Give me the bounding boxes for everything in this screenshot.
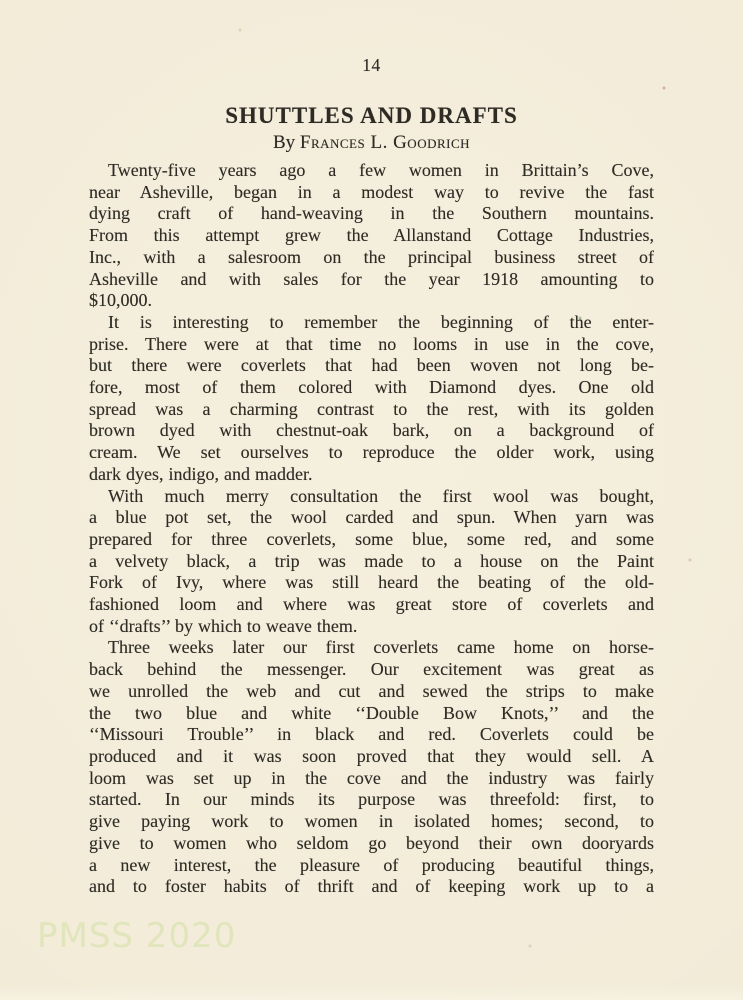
article-body: Twenty-five years ago a few women in Bri… [89,160,654,898]
text-line: of ‘‘drafts’’ by which to weave them. [89,616,654,638]
text-line: fashioned loom and where was great store… [89,594,654,616]
text-line: loom was set up in the cove and the indu… [89,768,654,790]
text-line: near Asheville, began in a modest way to… [89,182,654,204]
paragraph-2: It is interesting to remember the beginn… [89,312,654,486]
text-line: spread was a charming contrast to the re… [89,399,654,421]
text-line: a velvety black, a trip was made to a ho… [89,551,654,573]
text-line: Fork of Ivy, where was still heard the b… [89,572,654,594]
text-line: give to women who seldom go beyond their… [89,833,654,855]
byline: By Frances L. Goodrich [0,131,743,155]
text-line: fore, most of them colored with Diamond … [89,377,654,399]
text-line: brown dyed with chestnut-oak bark, on a … [89,420,654,442]
text-line: prepared for three coverlets, some blue,… [89,529,654,551]
text-line: we unrolled the web and cut and sewed th… [89,681,654,703]
text-line: produced and it was soon proved that the… [89,746,654,768]
text-line: back behind the messenger. Our excitemen… [89,659,654,681]
text-line: the two blue and white ‘‘Double Bow Knot… [89,703,654,725]
text-line: started. In our minds its purpose was th… [89,789,654,811]
text-line: Inc., with a salesroom on the principal … [89,247,654,269]
text-line: It is interesting to remember the beginn… [89,312,654,334]
text-line: dark dyes, indigo, and madder. [89,464,654,486]
page-number: 14 [0,55,743,75]
paragraph-3: With much merry consultation the first w… [89,486,654,638]
text-line: but there were coverlets that had been w… [89,355,654,377]
text-line: cream. We set ourselves to reproduce the… [89,442,654,464]
text-line: give paying work to women in isolated ho… [89,811,654,833]
paragraph-4: Three weeks later our first coverlets ca… [89,637,654,897]
text-line: From this attempt grew the Allanstand Co… [89,225,654,247]
text-line: a new interest, the pleasure of producin… [89,855,654,877]
text-line: ‘‘Missouri Trouble’’ in black and red. C… [89,724,654,746]
text-line: Asheville and with sales for the year 19… [89,269,654,291]
watermark: PMSS 2020 [37,916,236,956]
text-line: prise. There were at that time no looms … [89,334,654,356]
paragraph-1: Twenty-five years ago a few women in Bri… [89,160,654,312]
document-page: 14 SHUTTLES AND DRAFTS By Frances L. Goo… [0,0,743,1000]
text-line: Three weeks later our first coverlets ca… [89,637,654,659]
byline-author: Frances L. Goodrich [300,132,470,153]
page-title: SHUTTLES AND DRAFTS [0,102,743,129]
text-line: Twenty-five years ago a few women in Bri… [89,160,654,182]
text-line: $10,000. [89,290,654,312]
text-line: and to foster habits of thrift and of ke… [89,876,654,898]
text-line: With much merry consultation the first w… [89,486,654,508]
byline-prefix: By [273,132,295,153]
text-line: a blue pot set, the wool carded and spun… [89,507,654,529]
text-line: dying craft of hand-weaving in the South… [89,203,654,225]
